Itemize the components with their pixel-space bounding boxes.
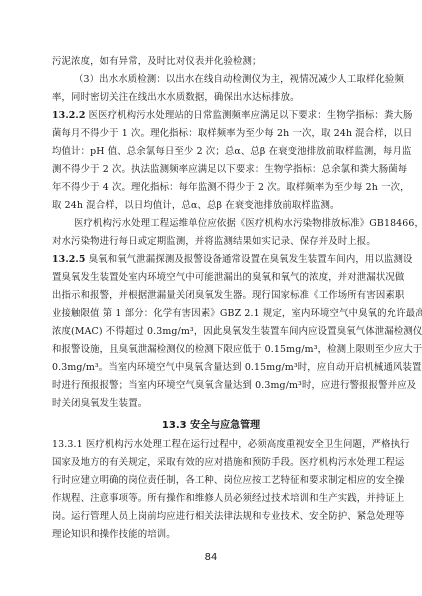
text-line: 年不得少于 4 次。理化指标：每年监测不得少于 2 次。取样频率为至少每 2h … <box>52 182 370 194</box>
text-line: 0.3mg/m³。当室内环境空气中臭氧含量达到 0.15mg/m³时，应自动开启… <box>52 362 370 374</box>
text-line: 和报警设施，且臭氧泄漏检测仪的检测下限应低于 0.15mg/m³，检测上限则至少… <box>52 344 370 356</box>
text-line: 率，同时密切关注在线出水水质数据，确保出水达标排放。 <box>52 92 370 104</box>
text-line: 取 24h 混合样，以日均值计，总α、总β 在衰变池排放前取样监测。 <box>52 200 370 212</box>
section-heading: 13.3 安全与应急管理 <box>0 416 422 431</box>
text-line: 均值计：pH 值、总余氯每日至少 2 次；总α、总β 在衰变池排放前取样监测，每… <box>52 146 370 158</box>
text-line: 浓度(MAC) 不得超过 0.3mg/m³，因此臭氧发生装置车间内应设置臭氧气体… <box>52 326 370 338</box>
clause-number: 13.2.5 <box>52 254 86 265</box>
text-line: 业接触限值 第 1 部分：化学有害因素》GBZ 2.1 规定，室内环境空气中臭氧… <box>52 308 370 320</box>
text-line: （3）出水水质检测：以出水在线自动检测仪为主，视情况减少人工取样化验频 <box>74 74 370 86</box>
text-line: 13.3.1 医疗机构污水处理工程在运行过程中，必须高度重视安全卫生问题，严格执… <box>52 439 370 451</box>
text-line: 13.2.5 臭氧和氧气泄漏探测及报警设备通常设置在臭氧发生装置车间内，用以监测… <box>52 254 370 266</box>
text-line: 行时应建立明确的岗位责任制，各工种、岗位应按工艺特征和要求制定相应的安全操 <box>52 475 370 487</box>
text-line: 测不得少于 2 次。执法监测频率应满足以下要求：生物学指标：总余氯和粪大肠菌每 <box>52 164 370 176</box>
text-line: 岗。运行管理人员上岗前均应进行相关法律法规和专业技术、安全防护、紧急处理等 <box>52 511 370 523</box>
text-line: 国家及地方的有关规定，采取有效的应对措施和预防手段。医疗机构污水处理工程运 <box>52 457 370 469</box>
text-line: 时关闭臭氧发生装置。 <box>52 398 370 410</box>
text-line: 理论知识和操作技能的培训。 <box>52 529 370 541</box>
clause-number: 13.2.2 <box>52 110 86 121</box>
text-line: 对水污染物进行每日或定期监测，并将监测结果如实记录、保存并及时上报。 <box>52 236 370 248</box>
text-line: 置臭氧发生装置处室内环境空气中可能泄漏出的臭氧和氧气的浓度，并对泄漏状况做 <box>52 272 370 284</box>
text-line: 菌每月不得少于 1 次。理化指标：取样频率为至少每 2h 一次，取 24h 混合… <box>52 128 370 140</box>
text-line: 时进行预报报警；当室内环境空气臭氧含量达到 0.3mg/m³时，应进行警报报警并… <box>52 380 370 392</box>
text-line: 出指示和报警，并根据泄漏量关闭臭氧发生器。现行国家标准《工作场所有害因素职 <box>52 290 370 302</box>
document-page: 污泥浓度，如有异常，及时比对仪表并化验检测；（3）出水水质检测：以出水在线自动检… <box>0 0 422 596</box>
text-line: 作规程、注意事项等。所有操作和维修人员必须经过技术培训和生产实践，并持证上 <box>52 493 370 505</box>
text-line: 13.2.2 医医疗机构污水处理站的日常监测频率应满足以下要求：生物学指标：粪大… <box>52 110 370 122</box>
text-line: 医疗机构污水处理工程运维单位应依据《医疗机构水污染物排放标准》GB18466， <box>74 218 370 230</box>
page-number: 84 <box>0 552 422 563</box>
text-line: 污泥浓度，如有异常，及时比对仪表并化验检测； <box>52 56 370 68</box>
